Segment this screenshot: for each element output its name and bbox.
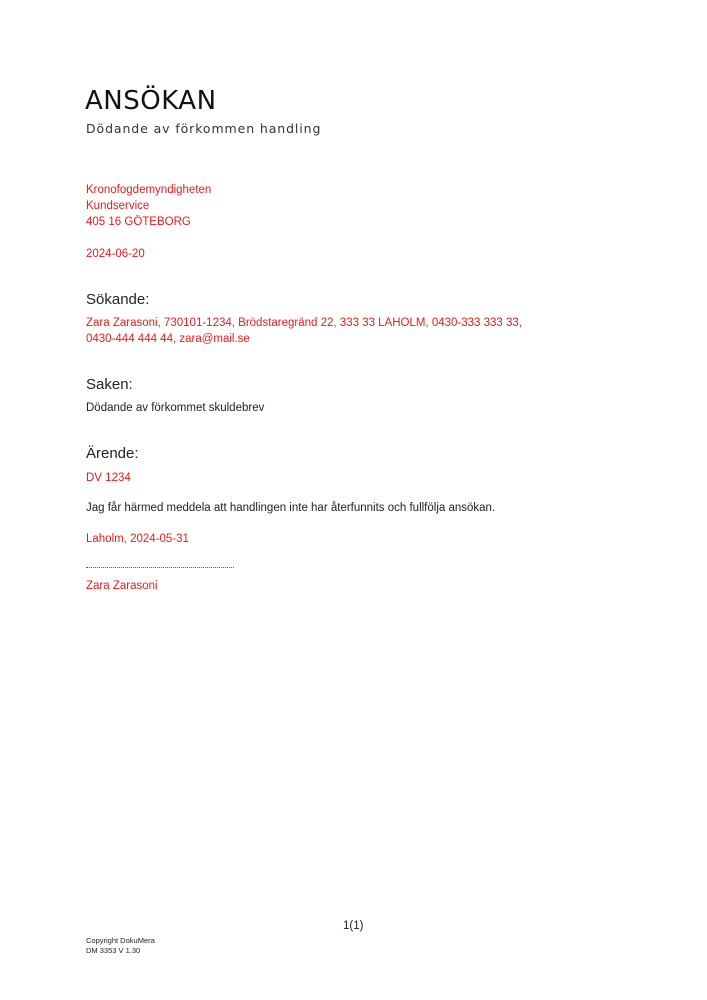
recipient-name: Kronofogdemyndigheten	[86, 182, 211, 198]
applicant-details: Zara Zarasoni, 730101-1234, Brödstaregrä…	[86, 315, 522, 347]
matter-heading: Saken:	[86, 376, 133, 393]
signature-line	[86, 566, 234, 568]
letter-date: 2024-06-20	[86, 246, 145, 262]
document-subtitle: Dödande av förkommen handling	[86, 121, 321, 136]
recipient-department: Kundservice	[86, 198, 211, 214]
document-title: ANSÖKAN	[85, 86, 217, 116]
case-heading: Ärende:	[86, 445, 139, 462]
signature-name: Zara Zarasoni	[86, 578, 158, 594]
signature-place-date: Laholm, 2024-05-31	[86, 531, 189, 547]
footer-copyright: Copyright DokuMera	[86, 936, 155, 946]
matter-text: Dödande av förkommet skuldebrev	[86, 400, 264, 416]
applicant-heading: Sökande:	[86, 291, 149, 308]
statement-text: Jag får härmed meddela att handlingen in…	[86, 500, 495, 516]
document-page: ANSÖKAN Dödande av förkommen handling Kr…	[0, 0, 707, 1000]
footer: Copyright DokuMera DM 3353 V 1.30	[86, 936, 155, 956]
recipient-postal: 405 16 GÖTEBORG	[86, 214, 211, 230]
footer-version: DM 3353 V 1.30	[86, 946, 155, 956]
applicant-details-line2: 0430-444 444 44, zara@mail.se	[86, 331, 522, 347]
recipient-address: Kronofogdemyndigheten Kundservice 405 16…	[86, 182, 211, 230]
page-number: 1(1)	[343, 920, 363, 932]
applicant-details-line1: Zara Zarasoni, 730101-1234, Brödstaregrä…	[86, 315, 522, 331]
case-number: DV 1234	[86, 470, 131, 486]
